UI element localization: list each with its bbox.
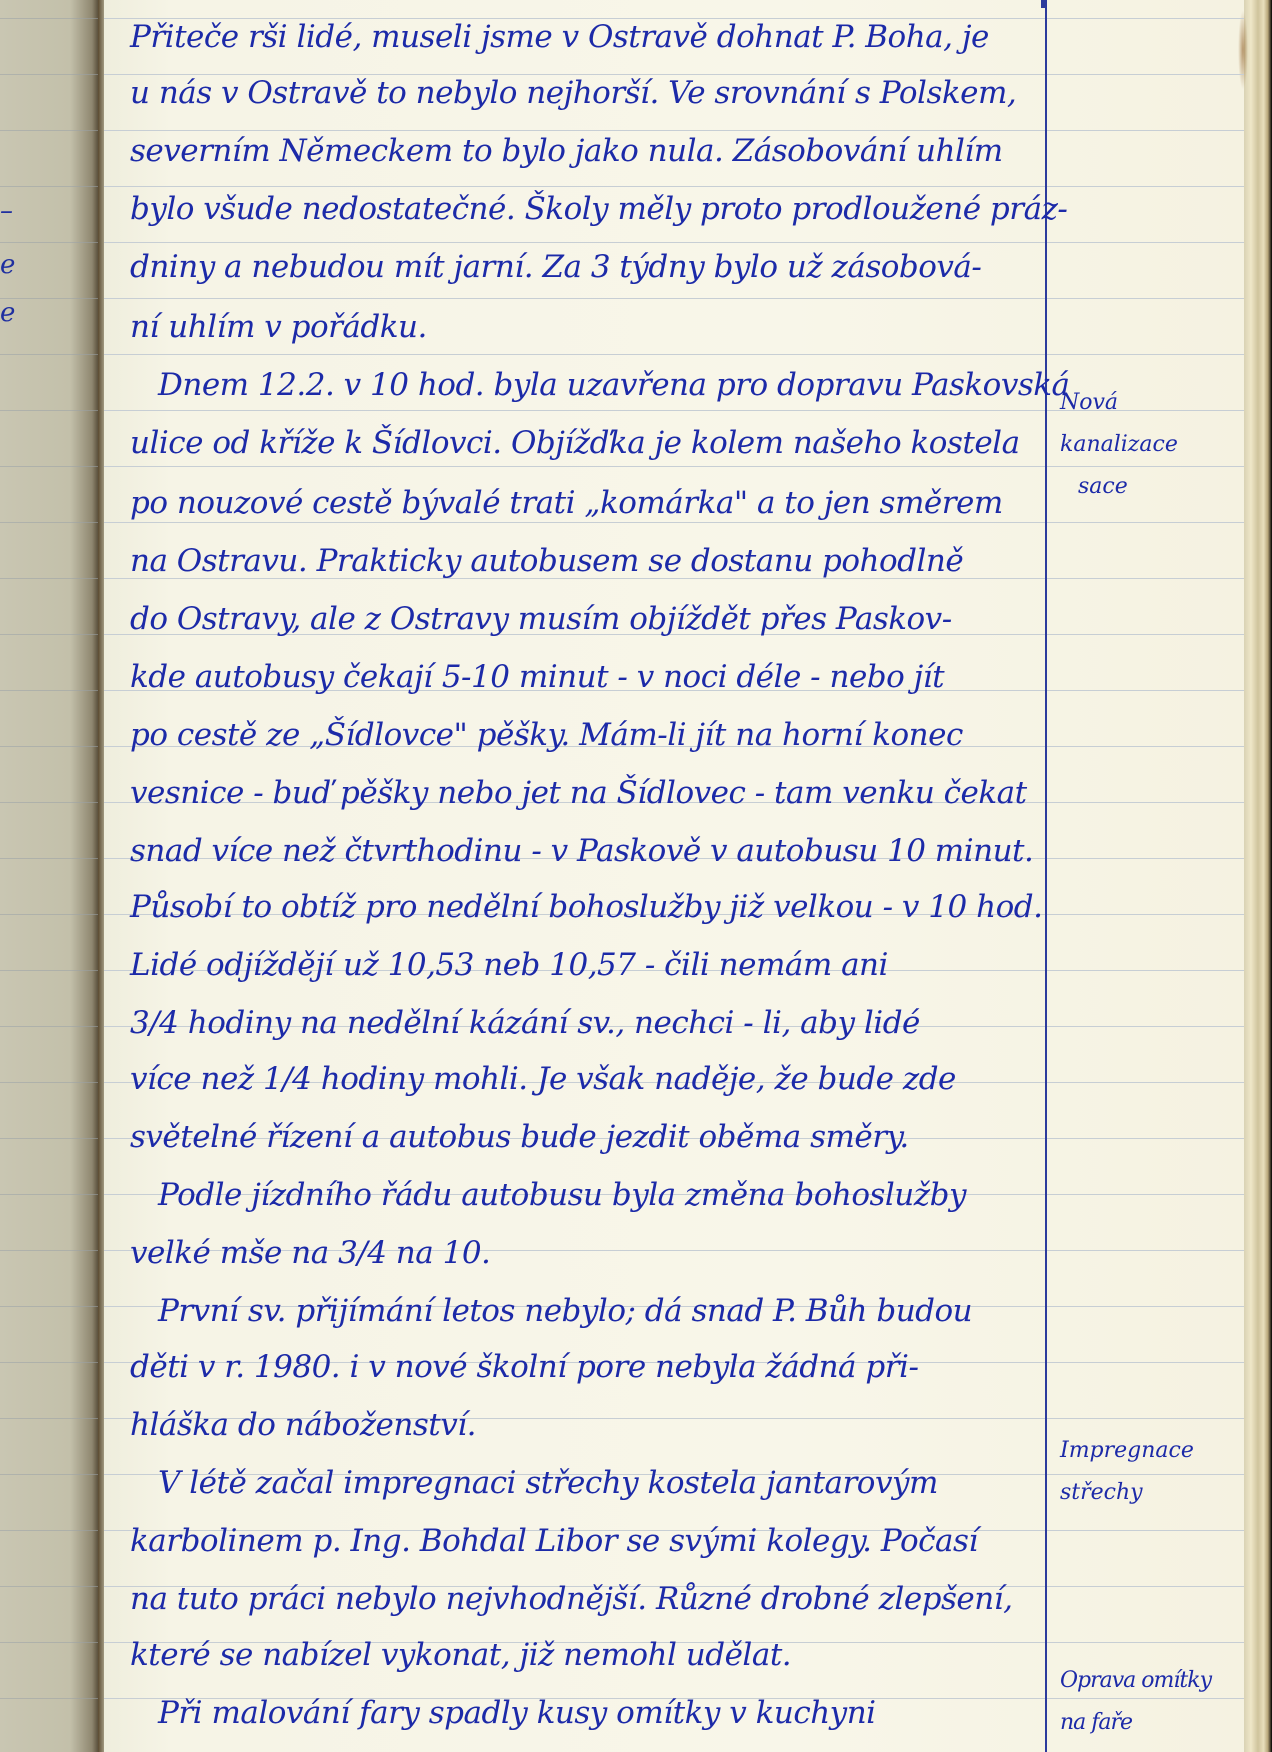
previous-page-edge: – e e <box>0 0 100 1752</box>
ruled-line <box>0 858 98 859</box>
ruled-line <box>0 914 98 915</box>
ruled-line <box>0 1250 98 1251</box>
ruled-line <box>0 18 98 19</box>
text-line: Lidé odjíždějí už 10,53 neb 10,57 - čili… <box>130 950 1030 981</box>
margin-note-line: Nová kanalizace <box>1060 382 1240 466</box>
text-line: na tuto práci nebylo nejvhodnější. Různé… <box>130 1584 1030 1615</box>
text-line: na Ostravu. Prakticky autobusem se dosta… <box>130 546 1030 577</box>
ruled-line <box>0 690 98 691</box>
ruled-line <box>104 522 1244 523</box>
margin-note-plaster-repair: Oprava omítky na faře <box>1060 1660 1240 1744</box>
ruled-line <box>0 1082 98 1083</box>
ruled-line <box>0 1306 98 1307</box>
left-page-mark: – <box>0 196 13 226</box>
ruled-line <box>0 1474 98 1475</box>
left-page-mark: e <box>0 298 15 328</box>
margin-note-sewer: Nová kanalizace sace <box>1060 382 1240 507</box>
text-line: První sv. přijímání letos nebylo; dá sna… <box>158 1296 1058 1327</box>
ruled-line <box>0 1362 98 1363</box>
text-line: do Ostravy, ale z Ostravy musím objíždět… <box>130 604 1030 635</box>
text-line: u nás v Ostravě to nebylo nejhorší. Ve s… <box>130 78 1030 109</box>
page-edges <box>1244 0 1272 1752</box>
margin-note-line: střechy <box>1060 1472 1240 1514</box>
ruled-line <box>0 1194 98 1195</box>
ruled-line <box>0 74 98 75</box>
text-line: děti v r. 1980. i v nové školní pore neb… <box>130 1352 1030 1383</box>
margin-note-line: sace <box>1060 466 1240 508</box>
text-line: V létě začal impregnaci střechy kostela … <box>158 1468 1058 1499</box>
text-line: kde autobusy čekají 5-10 minut - v noci … <box>130 662 1030 693</box>
ruled-line <box>0 522 98 523</box>
text-line: po cestě ze „Šídlovce" pěšky. Mám-li jít… <box>130 720 1030 751</box>
text-line: 3/4 hodiny na nedělní kázání sv., nechci… <box>130 1008 1030 1039</box>
text-line: dniny a nebudou mít jarní. Za 3 týdny by… <box>130 252 1030 283</box>
ruled-line <box>104 130 1244 131</box>
text-line: karbolinem p. Ing. Bohdal Libor se svými… <box>130 1526 1030 1557</box>
text-line: které se nabízel vykonat, již nemohl udě… <box>130 1640 1030 1671</box>
ruled-line <box>0 242 98 243</box>
ruled-line <box>0 634 98 635</box>
text-line: ulice od kříže k Šídlovci. Objížďka je k… <box>130 428 1030 459</box>
text-line: vesnice - buď pěšky nebo jet na Šídlovec… <box>130 778 1030 809</box>
ruled-line <box>0 186 98 187</box>
text-line: bylo všude nedostatečné. Školy měly prot… <box>130 194 1030 225</box>
ruled-line <box>0 1530 98 1531</box>
text-line: severním Německem to bylo jako nula. Zás… <box>130 136 1030 167</box>
text-line: Působí to obtíž pro nedělní bohoslužby j… <box>130 892 1030 923</box>
ruled-line <box>0 1138 98 1139</box>
text-line: více než 1/4 hodiny mohli. Je však naděj… <box>130 1064 1030 1095</box>
ruled-line <box>0 970 98 971</box>
margin-note-line: na faře <box>1060 1702 1240 1744</box>
ruled-line <box>104 354 1244 355</box>
ruled-line <box>104 298 1244 299</box>
text-line: Dnem 12.2. v 10 hod. byla uzavřena pro d… <box>158 370 1058 401</box>
ruled-line <box>0 354 98 355</box>
ruled-line <box>104 186 1244 187</box>
margin-note-line: Impregnace <box>1060 1430 1240 1472</box>
ruled-line <box>0 802 98 803</box>
text-line: velké mše na 3/4 na 10. <box>130 1238 1030 1269</box>
paper-stain <box>1238 10 1248 90</box>
ruled-line <box>0 130 98 131</box>
margin-note-line: Oprava omítky <box>1060 1660 1240 1702</box>
text-line: Podle jízdního řádu autobusu byla změna … <box>158 1180 1058 1211</box>
ruled-line <box>104 242 1244 243</box>
text-line: Přiteče rši lidé, museli jsme v Ostravě … <box>130 22 1030 53</box>
ruled-line <box>0 578 98 579</box>
left-page-mark: e <box>0 250 15 280</box>
text-line: světelné řízení a autobus bude jezdit ob… <box>130 1122 1030 1153</box>
text-line: Při malování fary spadly kusy omítky v k… <box>158 1698 1058 1729</box>
margin-note-roof-impregnation: Impregnace střechy <box>1060 1430 1240 1514</box>
ruled-line <box>0 1586 98 1587</box>
ruled-line <box>0 746 98 747</box>
margin-tick <box>1041 0 1047 8</box>
ruled-line <box>0 466 98 467</box>
text-line: ní uhlím v pořádku. <box>130 312 1030 343</box>
text-line: snad více než čtvrthodinu - v Paskově v … <box>130 836 1030 867</box>
ruled-line <box>0 1026 98 1027</box>
ruled-line <box>0 1418 98 1419</box>
text-line: po nouzové cestě bývalé trati „komárka" … <box>130 488 1030 519</box>
ruled-line <box>0 1642 98 1643</box>
text-line: hláška do náboženství. <box>130 1410 1030 1441</box>
ruled-line <box>0 1698 98 1699</box>
ruled-line <box>0 410 98 411</box>
